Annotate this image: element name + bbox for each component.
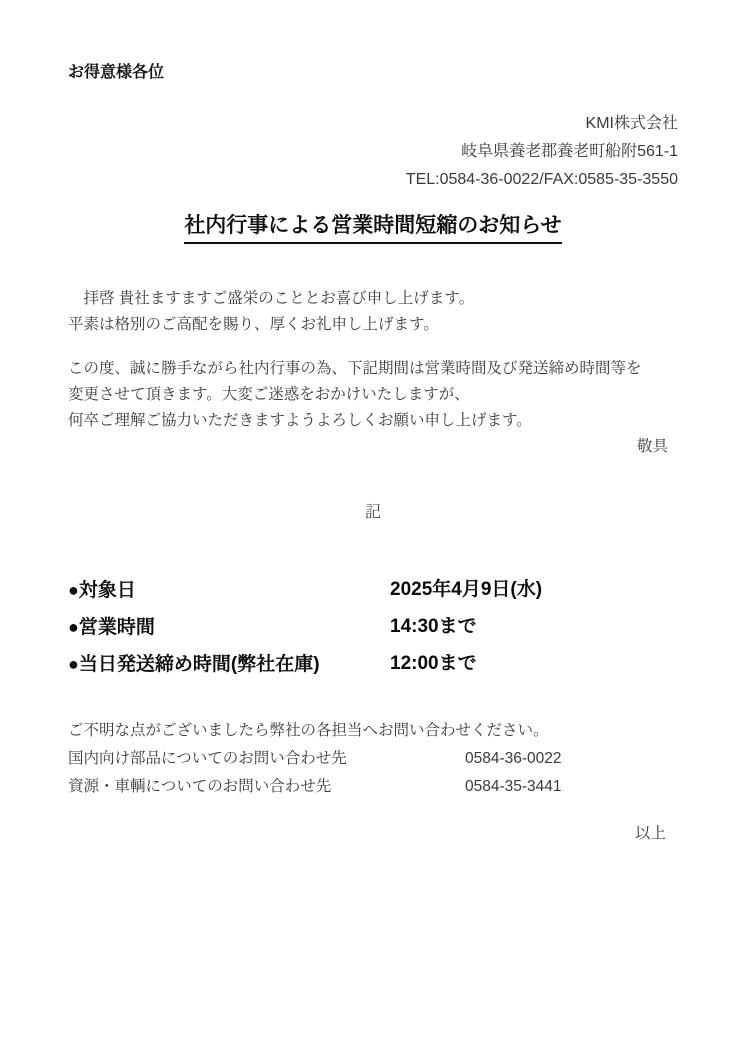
contact-label: 国内向け部品についてのお問い合わせ先 (68, 745, 465, 773)
body-line-3: 何卒ご理解ご協力いただきますようよろしくお願い申し上げます。 (68, 408, 678, 434)
contact-phone: 0584-36-0022 (465, 745, 562, 773)
recipient-line: お得意様各位 (68, 62, 678, 84)
sender-block: KMI株式会社 岐阜県養老郡養老町船附561-1 TEL:0584-36-002… (68, 110, 678, 194)
details-list: ●対象日 2025年4月9日(水) ●営業時間 14:30まで ●当日発送締め時… (68, 572, 678, 683)
greeting-paragraph: 拝啓 貴社ますますご盛栄のこととお喜び申し上げます。 平素は格別のご高配を賜り、… (68, 286, 678, 338)
record-marker: 記 (68, 502, 678, 524)
end-marker: 以上 (68, 821, 678, 847)
notice-title: 社内行事による営業時間短縮のお知らせ (184, 212, 561, 244)
detail-label-wrap: ●営業時間 (68, 609, 390, 646)
greeting-line-1: 拝啓 貴社ますますご盛栄のこととお喜び申し上げます。 (68, 286, 678, 312)
body-paragraph: この度、誠に勝手ながら社内行事の為、下記期間は営業時間及び発送締め時間等を 変更… (68, 356, 678, 434)
bullet-icon: ● (68, 646, 79, 682)
detail-row-business-hours: ●営業時間 14:30まで (68, 609, 678, 646)
contact-intro: ご不明な点がございましたら弊社の各担当へお問い合わせください。 (68, 717, 678, 745)
sender-tel-fax: TEL:0584-36-0022/FAX:0585-35-3550 (68, 166, 678, 194)
sender-company: KMI株式会社 (68, 110, 678, 138)
greeting-line-2: 平素は格別のご高配を賜り、厚くお礼申し上げます。 (68, 312, 678, 338)
contact-row-domestic-parts: 国内向け部品についてのお問い合わせ先 0584-36-0022 (68, 745, 678, 773)
bullet-icon: ● (68, 572, 79, 608)
document-page: お得意様各位 KMI株式会社 岐阜県養老郡養老町船附561-1 TEL:0584… (0, 0, 750, 1051)
detail-label-wrap: ●当日発送締め時間(弊社在庫) (68, 646, 390, 683)
detail-value: 14:30まで (390, 609, 477, 646)
contact-label: 資源・車輌についてのお問い合わせ先 (68, 773, 465, 801)
title-wrap: 社内行事による営業時間短縮のお知らせ (68, 212, 678, 244)
contact-section: ご不明な点がございましたら弊社の各担当へお問い合わせください。 国内向け部品につ… (68, 717, 678, 801)
detail-label: 当日発送締め時間(弊社在庫) (79, 647, 320, 683)
detail-row-shipping-cutoff: ●当日発送締め時間(弊社在庫) 12:00まで (68, 646, 678, 683)
detail-label-wrap: ●対象日 (68, 572, 390, 609)
body-line-1: この度、誠に勝手ながら社内行事の為、下記期間は営業時間及び発送締め時間等を (68, 356, 678, 382)
sender-address: 岐阜県養老郡養老町船附561-1 (68, 138, 678, 166)
body-line-2: 変更させて頂きます。大変ご迷惑をおかけいたしますが、 (68, 382, 678, 408)
detail-value: 12:00まで (390, 646, 477, 683)
detail-label: 営業時間 (79, 610, 155, 646)
detail-label: 対象日 (79, 573, 136, 609)
detail-value: 2025年4月9日(水) (390, 572, 542, 609)
detail-row-target-date: ●対象日 2025年4月9日(水) (68, 572, 678, 609)
contact-row-resources-vehicles: 資源・車輌についてのお問い合わせ先 0584-35-3441 (68, 773, 678, 801)
closing-keigu: 敬具 (68, 434, 678, 460)
contact-phone: 0584-35-3441 (465, 773, 562, 801)
bullet-icon: ● (68, 609, 79, 645)
